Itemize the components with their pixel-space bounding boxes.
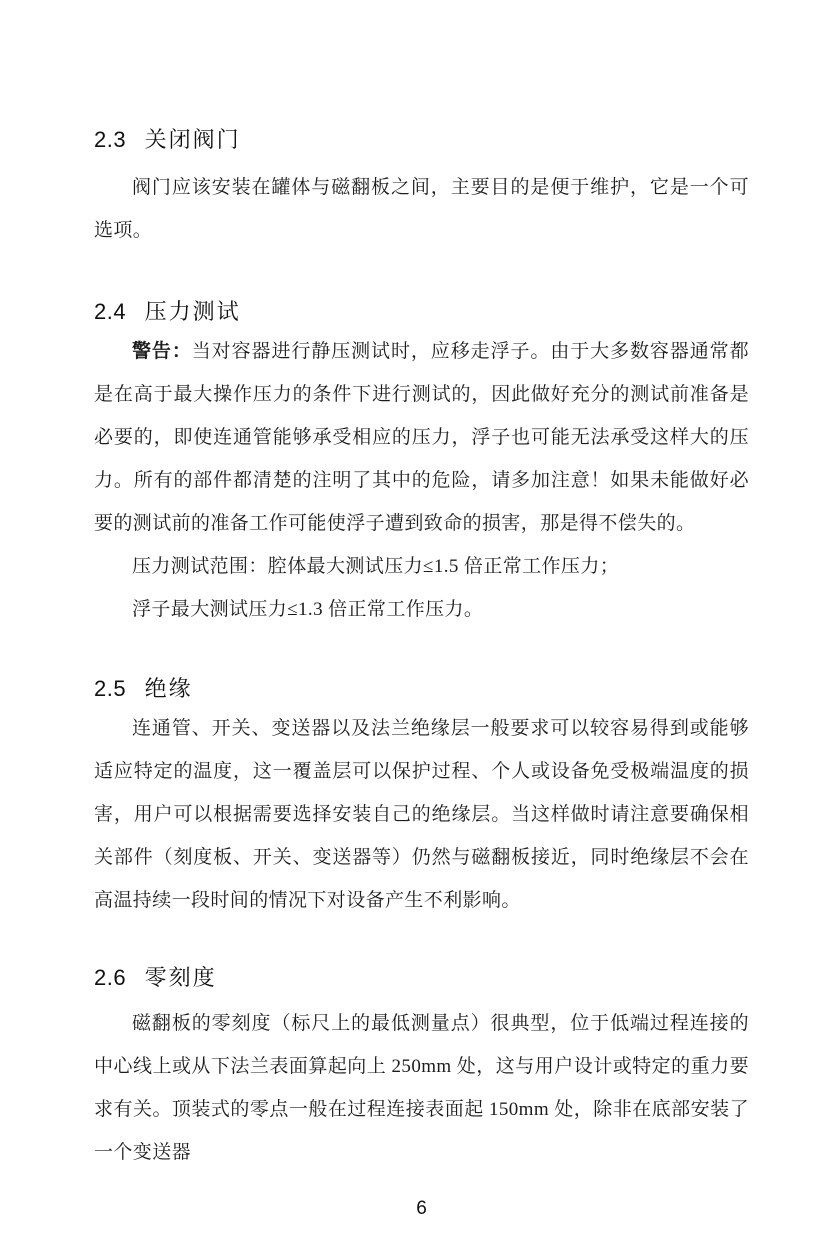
section-2-4: 2.4 压力测试 警告：当对容器进行静压测试时，应移走浮子。由于大多数容器通常都… xyxy=(94,296,749,631)
page-number: 6 xyxy=(94,1198,749,1220)
warning-text: 当对容器进行静压测试时，应移走浮子。由于大多数容器通常都是在高于最大操作压力的条… xyxy=(94,341,749,534)
paragraph: 浮子最大测试压力≤1.3 倍正常工作压力。 xyxy=(94,588,749,631)
warning-label: 警告： xyxy=(132,341,192,362)
section-heading: 2.4 压力测试 xyxy=(94,296,749,328)
warning-paragraph: 警告：当对容器进行静压测试时，应移走浮子。由于大多数容器通常都是在高于最大操作压… xyxy=(94,330,749,545)
section-heading: 2.3 关闭阀门 xyxy=(94,124,749,156)
section-2-5: 2.5 绝缘 连通管、开关、变送器以及法兰绝缘层一般要求可以较容易得到或能够适应… xyxy=(94,673,749,922)
section-title: 压力测试 xyxy=(145,299,241,324)
document-page: 2.3 关闭阀门 阀门应该安装在罐体与磁翻板之间，主要目的是便于维护，它是一个可… xyxy=(0,0,839,1240)
paragraph: 连通管、开关、变送器以及法兰绝缘层一般要求可以较容易得到或能够适应特定的温度，这… xyxy=(94,707,749,922)
section-title: 绝缘 xyxy=(145,676,193,701)
paragraph: 阀门应该安装在罐体与磁翻板之间，主要目的是便于维护，它是一个可选项。 xyxy=(94,166,749,252)
section-heading: 2.5 绝缘 xyxy=(94,673,749,705)
section-number: 2.6 xyxy=(94,965,126,990)
section-number: 2.3 xyxy=(94,127,126,152)
document-content: 2.3 关闭阀门 阀门应该安装在罐体与磁翻板之间，主要目的是便于维护，它是一个可… xyxy=(0,0,839,1220)
section-title: 零刻度 xyxy=(145,965,217,990)
section-number: 2.4 xyxy=(94,299,126,324)
section-number: 2.5 xyxy=(94,676,126,701)
section-title: 关闭阀门 xyxy=(145,127,241,152)
paragraph: 磁翻板的零刻度（标尺上的最低测量点）很典型，位于低端过程连接的中心线上或从下法兰… xyxy=(94,1002,749,1174)
section-heading: 2.6 零刻度 xyxy=(94,962,749,994)
section-2-3: 2.3 关闭阀门 阀门应该安装在罐体与磁翻板之间，主要目的是便于维护，它是一个可… xyxy=(94,124,749,252)
section-2-6: 2.6 零刻度 磁翻板的零刻度（标尺上的最低测量点）很典型，位于低端过程连接的中… xyxy=(94,962,749,1174)
paragraph: 压力测试范围：腔体最大测试压力≤1.5 倍正常工作压力； xyxy=(94,545,749,588)
